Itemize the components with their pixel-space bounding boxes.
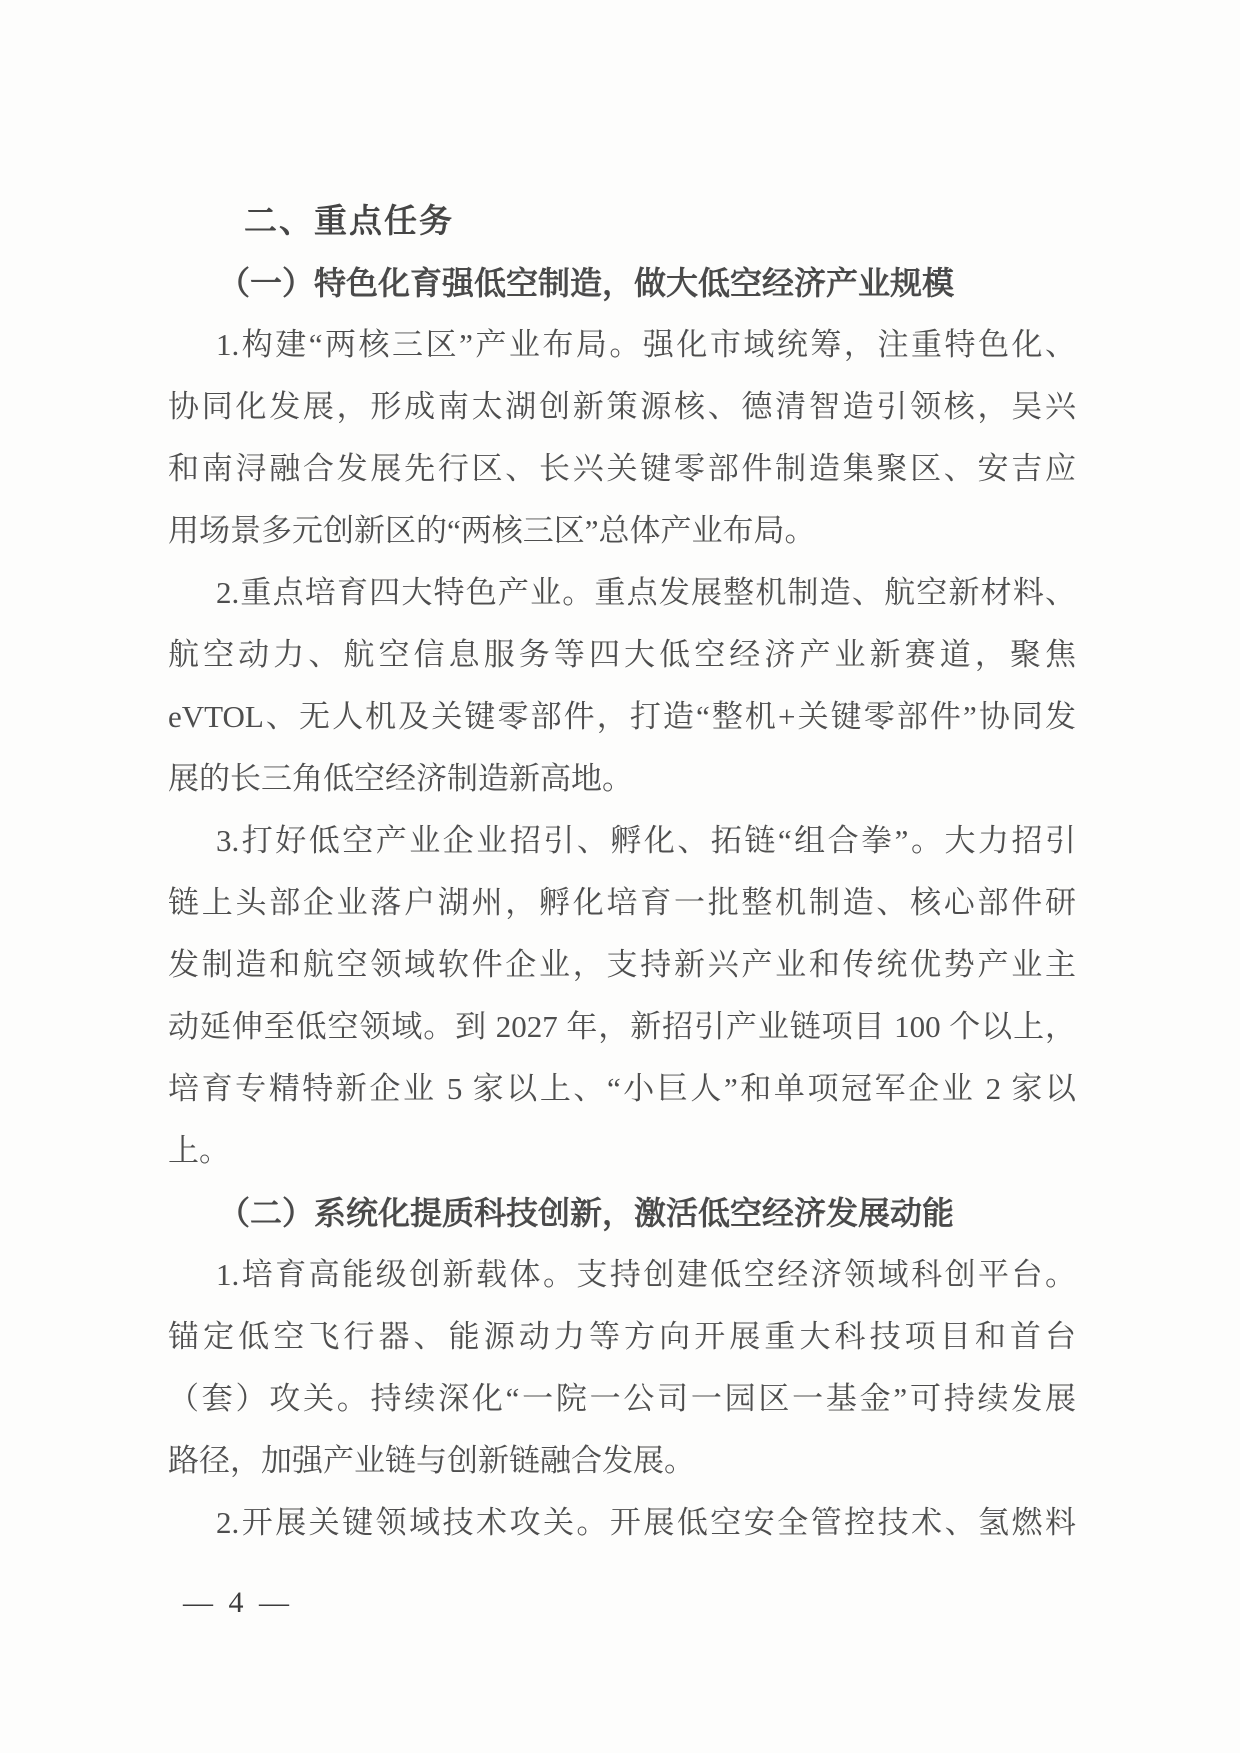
body-text-line: 3.打好低空产业企业招引、孵化、拓链“组合拳”。大力招引	[168, 810, 1076, 872]
body-text-line: 2.开展关键领域技术攻关。开展低空安全管控技术、氢燃料	[168, 1492, 1076, 1554]
body-text-line: 链上头部企业落户湖州，孵化培育一批整机制造、核心部件研	[168, 872, 1076, 934]
body-text-line: 航空动力、航空信息服务等四大低空经济产业新赛道，聚焦	[168, 624, 1076, 686]
body-text-line: 发制造和航空领域软件企业，支持新兴产业和传统优势产业主	[168, 934, 1076, 996]
body-text-line: 2.重点培育四大特色产业。重点发展整机制造、航空新材料、	[168, 562, 1076, 624]
body-text-line: 培育专精特新企业 5 家以上、“小巨人”和单项冠军企业 2 家以	[168, 1058, 1076, 1120]
body-text-line: （套）攻关。持续深化“一院一公司一园区一基金”可持续发展	[168, 1368, 1076, 1430]
body-text-line: 路径，加强产业链与创新链融合发展。	[168, 1430, 1076, 1492]
page-number: — 4 —	[183, 1586, 293, 1620]
body-text-line: eVTOL、无人机及关键零部件，打造“整机+关键零部件”协同发	[168, 686, 1076, 748]
body-text-line: 动延伸至低空领域。到 2027 年，新招引产业链项目 100 个以上，	[168, 996, 1076, 1058]
body-text-line: 协同化发展，形成南太湖创新策源核、德清智造引领核，吴兴	[168, 376, 1076, 438]
body-text-line: 和南浔融合发展先行区、长兴关键零部件制造集聚区、安吉应	[168, 438, 1076, 500]
body-text-line: 用场景多元创新区的“两核三区”总体产业布局。	[168, 500, 1076, 562]
body-text-line: 上。	[168, 1120, 1076, 1182]
body-text-line: 展的长三角低空经济制造新高地。	[168, 748, 1076, 810]
document-page: 二、重点任务 （一）特色化育强低空制造，做大低空经济产业规模 1.构建“两核三区…	[0, 0, 1240, 1753]
subsection-heading-2: （二）系统化提质科技创新，激活低空经济发展动能	[168, 1182, 1076, 1244]
body-text-line: 1.培育高能级创新载体。支持创建低空经济领域科创平台。	[168, 1244, 1076, 1306]
subsection-heading-1: （一）特色化育强低空制造，做大低空经济产业规模	[168, 252, 1076, 314]
document-body: 二、重点任务 （一）特色化育强低空制造，做大低空经济产业规模 1.构建“两核三区…	[168, 190, 1076, 1554]
body-text-line: 锚定低空飞行器、能源动力等方向开展重大科技项目和首台	[168, 1306, 1076, 1368]
section-heading: 二、重点任务	[168, 190, 1076, 252]
body-text-line: 1.构建“两核三区”产业布局。强化市域统筹，注重特色化、	[168, 314, 1076, 376]
